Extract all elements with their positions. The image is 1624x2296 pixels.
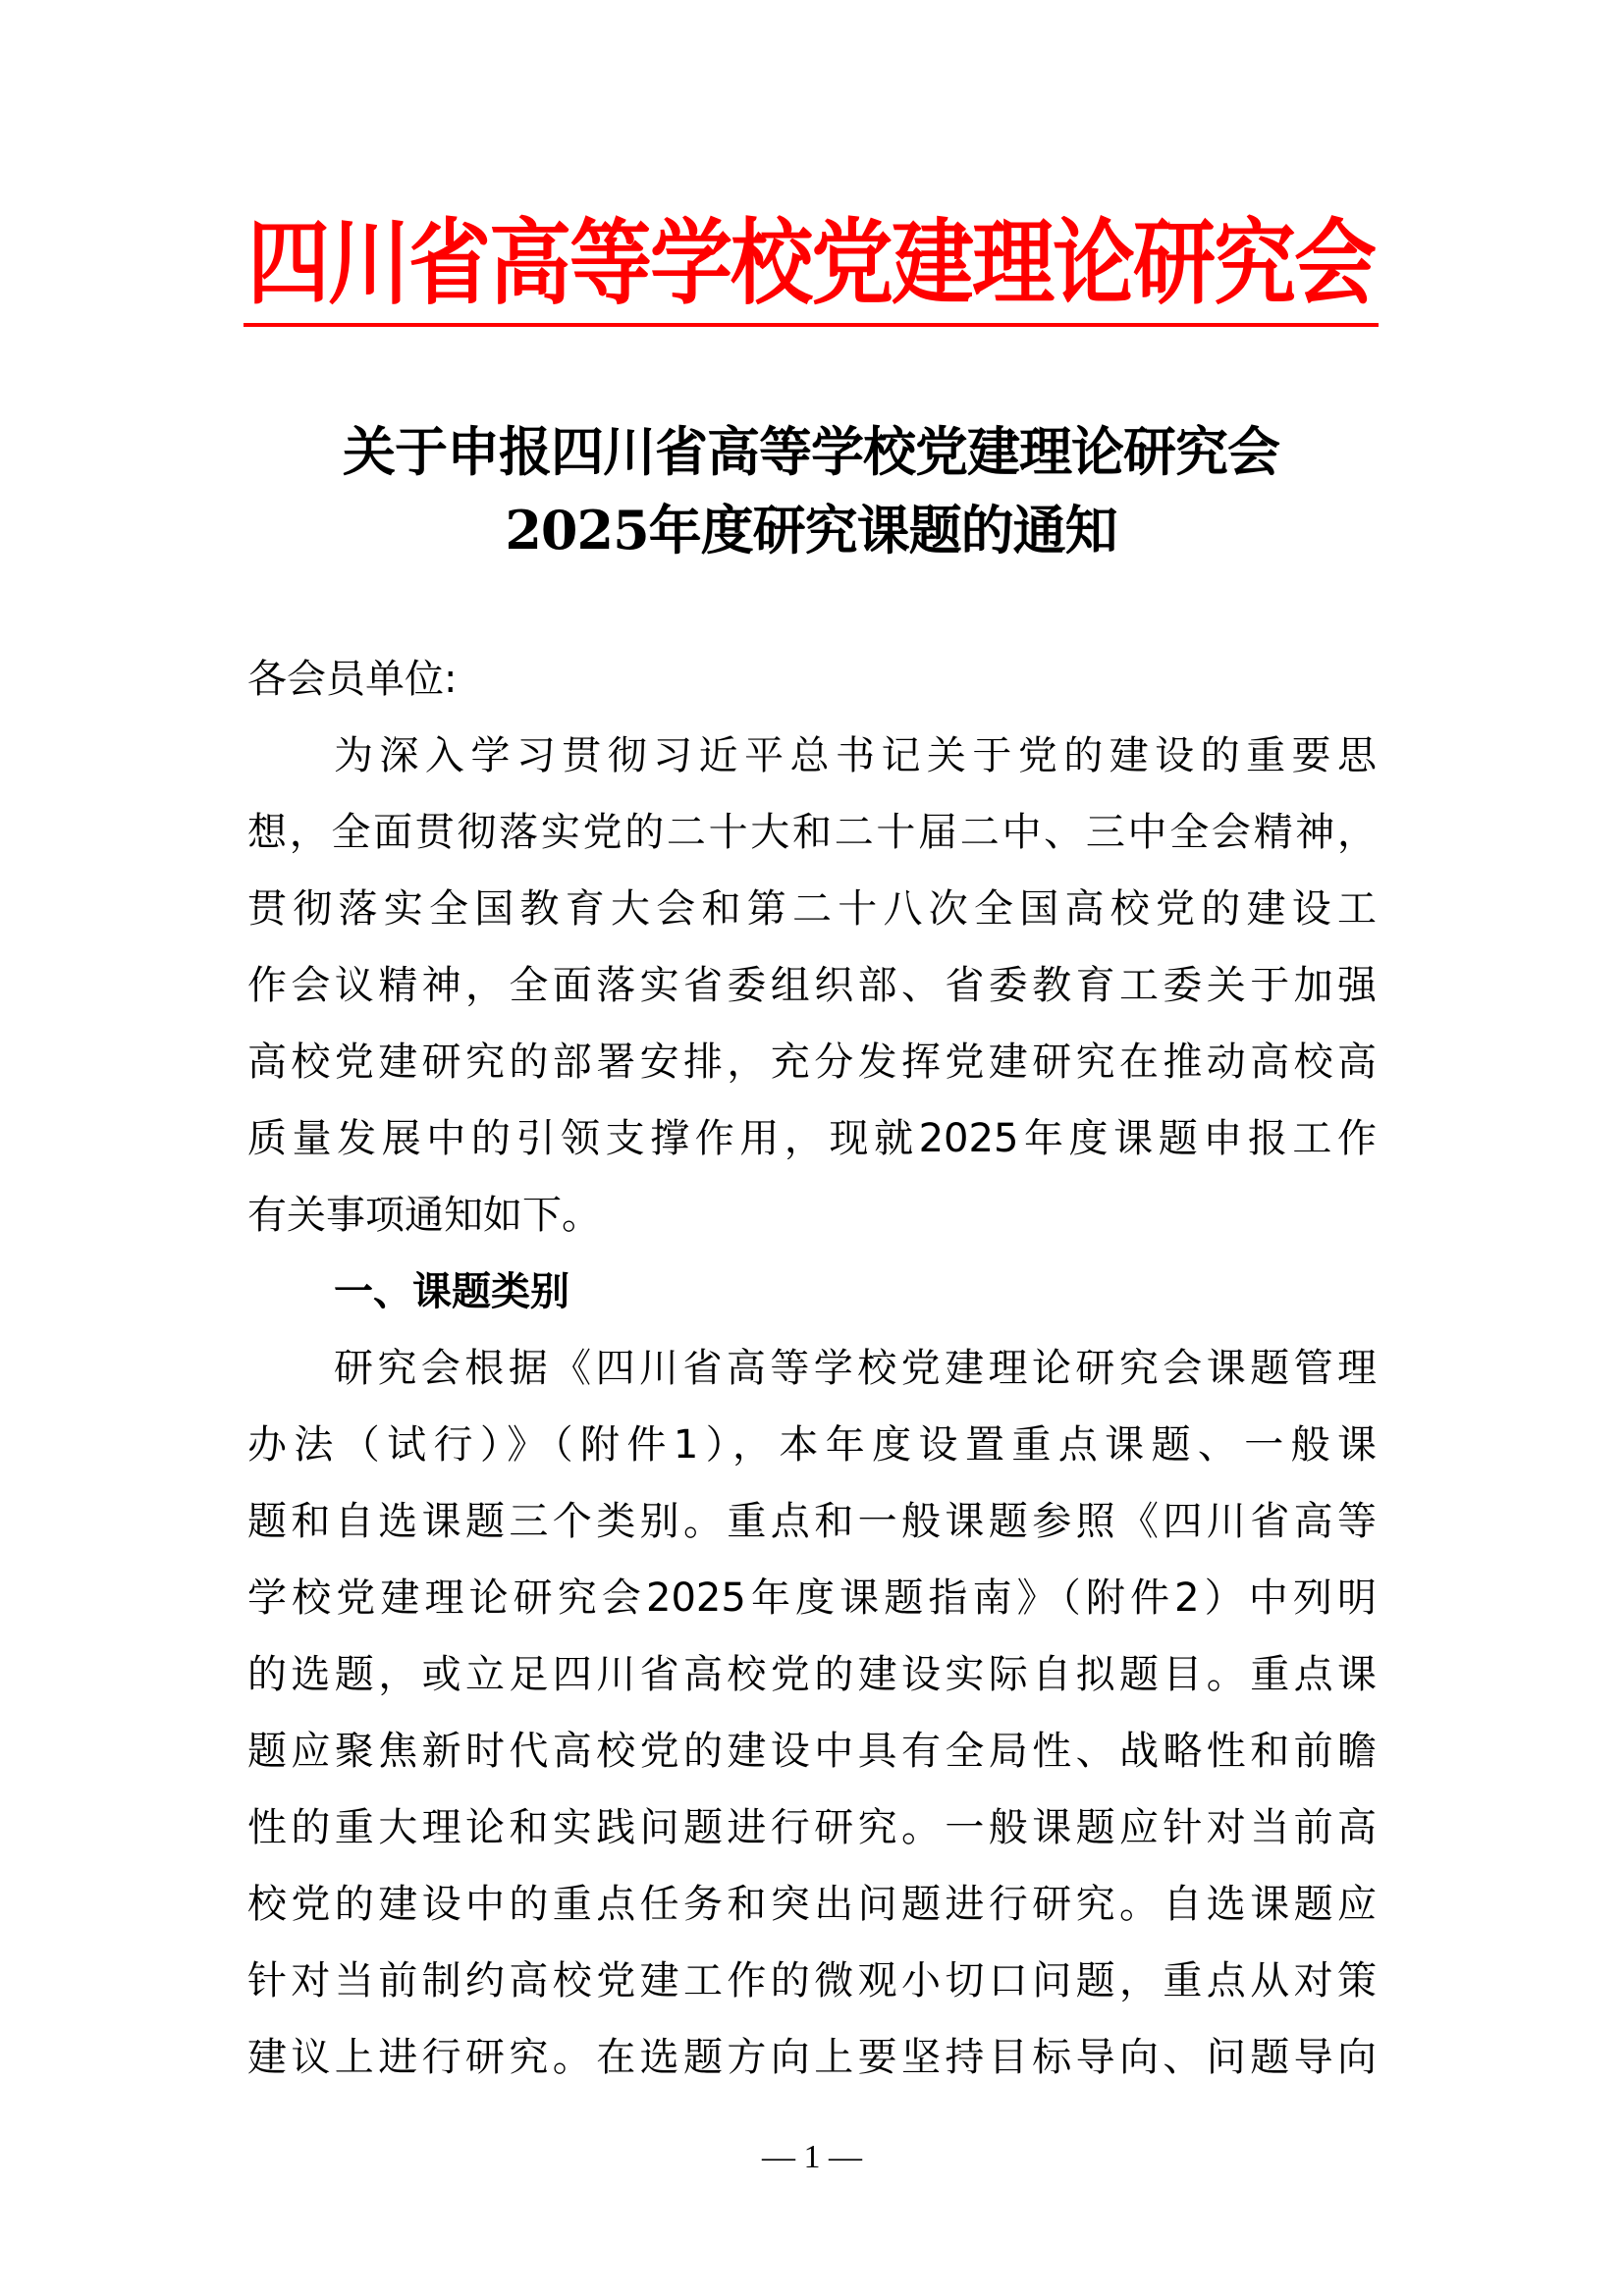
body-line: 质量发展中的引领支撑作用，现就2025年度课题申报工作 <box>247 1109 1377 1168</box>
document-title-line-1: 关于申报四川省高等学校党建理论研究会 <box>244 410 1379 486</box>
section-line: 针对当前制约高校党建工作的微观小切口问题，重点从对策 <box>247 1951 1377 2010</box>
page-number: — 1 — <box>714 2138 910 2177</box>
body-line: 高校党建研究的部署安排，充分发挥党建研究在推动高校高 <box>247 1033 1377 1092</box>
section-line: 学校党建理论研究会2025年度课题指南》（附件2）中列明 <box>247 1569 1377 1628</box>
section-line: 办法（试行）》（附件1），本年度设置重点课题、一般课 <box>247 1415 1377 1474</box>
section-line: 的选题，或立足四川省高校党的建设实际自拟题目。重点课 <box>247 1645 1377 1704</box>
section-line: 研究会根据《四川省高等学校党建理论研究会课题管理 <box>334 1339 1377 1398</box>
section-heading: 一、课题类别 <box>334 1262 1377 1321</box>
salutation: 各会员单位: <box>247 650 1377 709</box>
document-title-line-2: 2025年度研究课题的通知 <box>244 489 1379 564</box>
section-line: 建议上进行研究。在选题方向上要坚持目标导向、问题导向 <box>247 2028 1377 2087</box>
red-divider-rule <box>244 323 1379 327</box>
body-line: 有关事项通知如下。 <box>247 1186 1377 1245</box>
body-line: 想，全面贯彻落实党的二十大和二十届二中、三中全会精神， <box>247 803 1377 862</box>
body-line: 为深入学习贯彻习近平总书记关于党的建设的重要思 <box>334 726 1377 785</box>
organization-header: 四川省高等学校党建理论研究会 <box>244 208 1379 318</box>
body-line: 贯彻落实全国教育大会和第二十八次全国高校党的建设工 <box>247 880 1377 938</box>
document-page: 四川省高等学校党建理论研究会 关于申报四川省高等学校党建理论研究会 2025年度… <box>0 0 1624 2296</box>
body-line: 作会议精神，全面落实省委组织部、省委教育工委关于加强 <box>247 956 1377 1015</box>
section-line: 校党的建设中的重点任务和突出问题进行研究。自选课题应 <box>247 1875 1377 1934</box>
section-line: 题和自选课题三个类别。重点和一般课题参照《四川省高等 <box>247 1492 1377 1551</box>
section-line: 性的重大理论和实践问题进行研究。一般课题应针对当前高 <box>247 1798 1377 1857</box>
section-line: 题应聚焦新时代高校党的建设中具有全局性、战略性和前瞻 <box>247 1722 1377 1781</box>
